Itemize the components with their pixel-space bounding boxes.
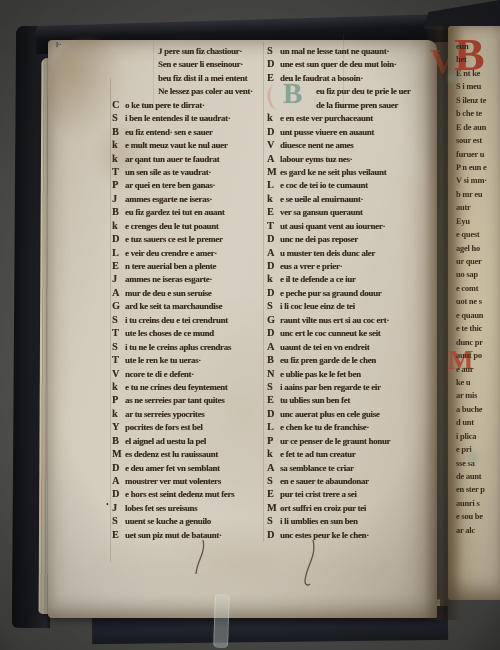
text-line: Graunt vilte nus ert si au coc ert· xyxy=(267,314,410,327)
verse-text: e se ueile al enuirnaunt· xyxy=(280,194,363,204)
verse-initial: M xyxy=(112,448,125,461)
verse-initial: M xyxy=(267,502,280,515)
facing-fragment-line: ur quer xyxy=(456,255,500,268)
verse-initial: S xyxy=(267,381,280,394)
verse-text: ncore te di e defent· xyxy=(125,369,194,379)
facing-fragment-line: aunt po xyxy=(456,349,500,362)
text-line: Dunc estes peur ke le chen· xyxy=(267,529,410,542)
decorated-initial-green-b: B xyxy=(283,79,302,109)
verse-text: i tu ne le creins aplus crendras xyxy=(125,342,231,352)
verse-text: ar tu serreies ypocrites xyxy=(125,409,204,419)
verse-text: ver sa gansun queraunt xyxy=(280,207,363,217)
text-line: Ypocrites de fors est bel xyxy=(112,421,253,434)
text-line: Si ben le entendes il te uaudrat· xyxy=(112,112,253,125)
verse-text: u muster ten deis dunc aler xyxy=(280,248,375,258)
verse-text: e en este ver purchaceaunt xyxy=(280,113,373,123)
verse-text: e hors est seint dedenz mut fers xyxy=(125,489,234,499)
verse-text: Ne lessez pas coler au vent· xyxy=(158,86,253,96)
verse-initial: E xyxy=(267,206,280,219)
verse-text: n tere auerial ben a plente xyxy=(125,261,216,271)
verse-initial: L xyxy=(112,247,125,260)
text-line: Amur de deu e sun seruise xyxy=(112,287,253,300)
text-line: Dune est sun quer de deu mut loin· xyxy=(267,58,410,71)
verse-text: ar quei en tere ben ganas· xyxy=(125,180,215,190)
verse-text: i li umblies en sun ben xyxy=(280,516,358,526)
text-line: De tuz sauers ce est le premer xyxy=(112,233,253,246)
verse-initial: E xyxy=(112,529,125,542)
text-line: Si li umblies en sun ben xyxy=(267,515,410,528)
verse-text: o ke tun pere te dirrat· xyxy=(125,100,205,110)
verse-initial: B xyxy=(112,126,125,139)
verse-text: un mal ne lesse tant ne quaunt· xyxy=(280,46,389,56)
verse-initial: S xyxy=(112,341,125,354)
verse-initial: k xyxy=(267,112,280,125)
verse-text: moustrer ver mut volenters xyxy=(125,476,221,486)
header-line: Sen e sauer li enseinour· xyxy=(112,58,253,71)
verse-initial: L xyxy=(267,179,280,192)
verse-initial: E xyxy=(112,260,125,273)
text-line: Le coc de tei io te cumaunt xyxy=(267,179,410,192)
text-line: ke mult meuz vaut ke nul auer xyxy=(112,139,253,152)
manuscript-photo: J pere sun fiz chastiour·Sen e sauer li … xyxy=(0,0,500,650)
facing-fragment-line: e sou be xyxy=(456,510,500,523)
verse-text: pur tei crist trere a sei xyxy=(280,489,357,499)
verse-initial: J xyxy=(112,273,125,286)
facing-fragment-line: eun xyxy=(456,40,500,53)
text-line: Pur ce penser de le graunt honur xyxy=(267,435,410,448)
verse-text: ammes esgarte ne iseras· xyxy=(125,194,212,204)
verse-initial: T xyxy=(112,327,125,340)
text-line: ke en este ver purchaceaunt xyxy=(267,112,410,125)
text-line: Tute les choses de ce mund xyxy=(112,327,253,340)
verse-initial: T xyxy=(112,166,125,179)
verse-initial: G xyxy=(267,314,280,327)
verse-initial: D xyxy=(267,529,280,542)
text-line: Euet sun piz mut de bataunt· xyxy=(112,529,253,542)
verse-text: labour eyms tuz nes· xyxy=(280,154,352,164)
facing-fragment-line: a buche xyxy=(456,403,500,416)
verse-text: e coc de tei io te cumaunt xyxy=(280,180,368,190)
text-line: kar tu serreies ypocrites xyxy=(112,408,253,421)
verse-text: ard ke seit ta marchaundise xyxy=(125,301,222,311)
verse-initial: D xyxy=(112,488,125,501)
verse-initial: S xyxy=(267,515,280,528)
facing-fragment-line: sour est xyxy=(456,134,500,147)
text-line: Jammes ne iseras esgarte· xyxy=(112,273,253,286)
text-line: ke fet te ad tun creatur xyxy=(267,448,410,461)
text-line: Gard ke seit ta marchaundise xyxy=(112,300,253,313)
text-line: Vncore te di e defent· xyxy=(112,368,253,381)
verse-initial: k xyxy=(267,273,280,286)
verse-initial: A xyxy=(267,153,280,166)
text-line: Auaunt de tei en vn endreit xyxy=(267,341,410,354)
verse-text: pocrites de fors est bel xyxy=(125,422,203,432)
verse-text: unc estes peur ke le chen· xyxy=(280,530,369,540)
verse-text: eus a vrer e prier· xyxy=(280,261,342,271)
facing-fragment-line: e aur xyxy=(456,363,500,376)
facing-fragment-line: V si mm· xyxy=(456,174,500,187)
text-line: Mes dedenz est lu rauissaunt xyxy=(112,448,253,461)
verse-text: en e sauer te abaundonar xyxy=(280,476,369,486)
facing-fragment-line: S i meu xyxy=(456,80,500,93)
verse-text: e deu amer fet vn semblant xyxy=(125,463,220,473)
verse-initial: k xyxy=(112,381,125,394)
facing-fragment-line: dunc pr xyxy=(456,336,500,349)
text-line: kar qant tun auer te faudrat xyxy=(112,153,253,166)
verse-initial: P xyxy=(112,394,125,407)
text-line: Sun mal ne lesse tant ne quaunt· xyxy=(267,45,410,58)
verse-initial: A xyxy=(267,247,280,260)
facing-fragment-line: b che te xyxy=(456,107,500,120)
verse-text: beu fiz dist il a mei entent xyxy=(158,73,247,83)
header-line: J pere sun fiz chastiour· xyxy=(112,45,253,58)
facing-fragment-line: e quest xyxy=(456,228,500,241)
verse-initial: P xyxy=(112,179,125,192)
verse-text: unt pusse viuere en auaunt xyxy=(280,127,374,137)
facing-fragment-line: de aunt xyxy=(456,470,500,483)
verse-initial: B xyxy=(112,435,125,448)
verse-initial: D xyxy=(267,408,280,421)
verse-text: tu ublies sun ben fet xyxy=(280,395,350,405)
verse-text: e peche pur sa graund douur xyxy=(280,288,381,298)
verse-text: mur de deu e sun seruise xyxy=(125,288,211,298)
verse-initial: S xyxy=(112,515,125,528)
text-line: Co ke tun pere te dirrat· xyxy=(112,99,253,112)
text-line: Sen e sauer te abaundonar xyxy=(267,475,410,488)
verse-initial: A xyxy=(112,287,125,300)
text-line: ke se ueile al enuirnaunt· xyxy=(267,193,410,206)
text-line: Si tu ne le creins aplus crendras xyxy=(112,341,253,354)
verse-text: Sen e sauer li enseinour· xyxy=(158,59,243,69)
text-line: Tute le ren ke tu ueras· xyxy=(112,354,253,367)
transparent-page-clip xyxy=(213,594,230,648)
verse-text: ut ausi quant vent au iourner· xyxy=(280,221,385,231)
verse-text: ammes ne iseras esgarte· xyxy=(125,274,212,284)
text-line: Le chen ke tu de franchise· xyxy=(267,421,410,434)
right-column: Sun mal ne lesse tant ne quaunt·Dune est… xyxy=(267,45,410,542)
verse-initial: N xyxy=(267,368,280,381)
verse-initial: V xyxy=(112,368,125,381)
text-line: Alabour eyms tuz nes· xyxy=(267,153,410,166)
verse-initial: A xyxy=(112,475,125,488)
verse-initial: D xyxy=(267,327,280,340)
verse-initial: L xyxy=(267,421,280,434)
verse-text: ur ce penser de le graunt honur xyxy=(280,436,390,446)
verse-text: es gard ke ne seit plus veilaunt xyxy=(280,167,386,177)
verse-text: eu fiz pur deu te prie le uer xyxy=(316,86,410,96)
text-line: Dunt pusse viuere en auaunt xyxy=(267,126,410,139)
text-line: Asa semblance te criar xyxy=(267,462,410,475)
verse-text: es dedenz est lu rauissaunt xyxy=(125,449,218,459)
text-line: Tun sen sile as te vaudrat· xyxy=(112,166,253,179)
verse-initial: k xyxy=(112,408,125,421)
verse-initial: B xyxy=(112,206,125,219)
text-line: ke crenges deu le tut poaunt xyxy=(112,220,253,233)
verse-initial: k xyxy=(112,139,125,152)
header-line: beu fiz dist il a mei entent xyxy=(112,72,253,85)
verse-initial: P xyxy=(267,435,280,448)
verse-text: ute les choses de ce mund xyxy=(125,328,214,338)
verse-initial: D xyxy=(267,287,280,300)
text-line: Par quei en tere ben ganas· xyxy=(112,179,253,192)
verse-text: e il te defende a ce iur xyxy=(280,274,356,284)
verse-text: e mult meuz vaut ke nul auer xyxy=(125,140,227,150)
verse-text: unc ert le coc cunneut ke seit xyxy=(280,328,381,338)
verse-text: eu fiz gardez tei tut en auant xyxy=(125,207,225,217)
text-line: De deu amer fet vn semblant xyxy=(112,462,253,475)
verse-text: e tu ne crines deu feyntement xyxy=(125,382,227,392)
verse-text: raunt vilte nus ert si au coc ert· xyxy=(280,315,389,325)
text-line: Le veir deu crendre e amer· xyxy=(112,247,253,260)
quire-mark: ŀ· xyxy=(56,40,61,49)
verse-initial: B xyxy=(267,354,280,367)
facing-fragment-line: S ilenz te xyxy=(456,94,500,107)
verse-text: diuesce nent ne ames xyxy=(280,140,353,150)
verse-initial: C xyxy=(112,99,125,112)
verse-text: e tuz sauers ce est le premer xyxy=(125,234,223,244)
facing-fragment-line: e comt xyxy=(456,282,500,295)
verse-text: i li coc leue einz de tei xyxy=(280,301,355,311)
verse-text: lobes fet ses ureisuns xyxy=(125,503,197,513)
facing-fragment-line: uo sap xyxy=(456,268,500,281)
facing-fragment-line: ke u xyxy=(456,376,500,389)
verse-initial: S xyxy=(112,314,125,327)
text-line: Dunc ert le coc cunneut ke seit xyxy=(267,327,410,340)
text-line: Amoustrer ver mut volenters xyxy=(112,475,253,488)
text-line: Ever sa gansun queraunt xyxy=(267,206,410,219)
verse-text: as ne serreies par tant quites xyxy=(125,395,224,405)
verse-initial: k xyxy=(112,153,125,166)
facing-fragment-line: en ster p xyxy=(456,483,500,496)
text-line: Deus a vrer e prier· xyxy=(267,260,410,273)
facing-fragment-line: Eyu xyxy=(456,215,500,228)
verse-initial: J xyxy=(112,193,125,206)
verse-initial: S xyxy=(267,300,280,313)
verse-text: ort suffri en croiz pur tei xyxy=(280,503,366,513)
facing-fragment-line: ar mis xyxy=(456,389,500,402)
text-line: Au muster ten deis dunc aler xyxy=(267,247,410,260)
verse-text: unc auerat plus en cele guise xyxy=(280,409,380,419)
facing-fragment-line: aunri s xyxy=(456,497,500,510)
verse-text: un sen sile as te vaudrat· xyxy=(125,167,211,177)
verse-text: de la fiurme pren sauer xyxy=(316,100,398,110)
verse-text: e fet te ad tun creatur xyxy=(280,449,355,459)
facing-fragment-line: uot ne s xyxy=(456,295,500,308)
verse-text: i aains par ben regarde te eir xyxy=(280,382,381,392)
facing-fragment-line: e te thic xyxy=(456,322,500,335)
text-line: Epur tei crist trere a sei xyxy=(267,488,410,501)
teal-pigment-smudge xyxy=(464,446,481,468)
verse-initial: Y xyxy=(112,421,125,434)
text-line: Vdiuesce nent ne ames xyxy=(267,139,410,152)
text-line: Beu fiz pren garde de le chen xyxy=(267,354,410,367)
verse-initial: D xyxy=(267,126,280,139)
verse-text: une est sun quer de deu mut loin· xyxy=(280,59,396,69)
verse-text: ar qant tun auer te faudrat xyxy=(125,154,219,164)
verse-initial: A xyxy=(267,462,280,475)
facing-page-edge: B M eunhetE nt keS i meuS ilenz teb che … xyxy=(448,26,500,600)
verse-initial: D xyxy=(112,462,125,475)
verse-initial: D xyxy=(267,233,280,246)
verse-initial: T xyxy=(267,220,280,233)
verse-initial: D xyxy=(112,233,125,246)
text-line: Beu fiz entend· sen e sauer xyxy=(112,126,253,139)
verse-initial: E xyxy=(267,488,280,501)
left-column: J pere sun fiz chastiour·Sen e sauer li … xyxy=(112,45,253,542)
text-line: Pas ne serreies par tant quites xyxy=(112,394,253,407)
facing-fragment-line: E de aun xyxy=(456,121,500,134)
text-line: Mes gard ke ne seit plus veilaunt xyxy=(267,166,410,179)
verse-text: unc ne dei pas reposer xyxy=(280,234,358,244)
paragraph-dot: • xyxy=(106,500,109,509)
facing-fragment-line: agel ho xyxy=(456,242,500,255)
text-line: Suuent se kuche a genuilo xyxy=(112,515,253,528)
verse-text: J pere sun fiz chastiour· xyxy=(158,46,242,56)
facing-fragment-line: e quaun xyxy=(456,309,500,322)
verse-initial: k xyxy=(267,448,280,461)
verse-text: sa semblance te criar xyxy=(280,463,354,473)
text-line: Dunc ne dei pas reposer xyxy=(267,233,410,246)
facing-fragment-line: furuer u xyxy=(456,148,500,161)
verse-initial: D xyxy=(267,260,280,273)
verse-text: uaunt de tei en vn endreit xyxy=(280,342,369,352)
verse-text: e veir deu crendre e amer· xyxy=(125,248,217,258)
verse-initial: S xyxy=(267,475,280,488)
verse-text: eu fiz pren garde de le chen xyxy=(280,355,376,365)
text-line: Si li coc leue einz de tei xyxy=(267,300,410,313)
text-line: Dunc auerat plus en cele guise xyxy=(267,408,410,421)
facing-fragment-line: autr xyxy=(456,201,500,214)
text-line: Jlobes fet ses ureisuns xyxy=(112,502,253,515)
verse-initial: k xyxy=(112,220,125,233)
verse-initial: D xyxy=(267,58,280,71)
text-line: Jammes esgarte ne iseras· xyxy=(112,193,253,206)
text-line: Beu fiz gardez tei tut en auant xyxy=(112,206,253,219)
verse-text: i ben le entendes il te uaudrat· xyxy=(125,113,230,123)
verse-initial: J xyxy=(112,502,125,515)
verse-initial: E xyxy=(267,394,280,407)
header-line: Ne lessez pas coler au vent· xyxy=(112,85,253,98)
facing-fragment-line: d unt xyxy=(456,416,500,429)
verse-initial: V xyxy=(267,139,280,152)
verse-text: uuent se kuche a genuilo xyxy=(125,516,211,526)
verse-text: e ublie pas ke le fet ben xyxy=(280,369,361,379)
text-line: Si aains par ben regarde te eir xyxy=(267,381,410,394)
facing-fragment-line: b mr eu xyxy=(456,188,500,201)
verse-initial: A xyxy=(267,341,280,354)
verse-text: i tu creins deu e tei crendrunt xyxy=(125,315,228,325)
verse-initial: T xyxy=(112,354,125,367)
verse-text: eu fiz entend· sen e sauer xyxy=(125,127,213,137)
verse-initial: M xyxy=(267,166,280,179)
text-line: Mort suffri en croiz pur tei xyxy=(267,502,410,515)
text-line: En tere auerial ben a plente xyxy=(112,260,253,273)
facing-fragment-line: het xyxy=(456,53,500,66)
text-line: De hors est seint dedenz mut fers xyxy=(112,488,253,501)
facing-fragment-line: i plica xyxy=(456,430,500,443)
teal-pigment-smudge xyxy=(446,70,457,86)
verse-text: e crenges deu le tut poaunt xyxy=(125,221,219,231)
verse-text: e chen ke tu de franchise· xyxy=(280,422,369,432)
verse-text: uet sun piz mut de bataunt· xyxy=(125,530,222,540)
text-line: Ne ublie pas ke le fet ben xyxy=(267,368,410,381)
text-line: Etu ublies sun ben fet xyxy=(267,394,410,407)
verse-initial: S xyxy=(267,45,280,58)
verse-text: ute le ren ke tu ueras· xyxy=(125,355,201,365)
verse-initial: S xyxy=(112,112,125,125)
facing-fragment-line: ar alc xyxy=(456,524,500,537)
facing-fragment-line: P n eun e xyxy=(456,161,500,174)
verse-initial: k xyxy=(267,193,280,206)
text-line: Tut ausi quant vent au iourner· xyxy=(267,220,410,233)
facing-fragment-line: E nt ke xyxy=(456,67,500,80)
text-line: De peche pur sa graund douur xyxy=(267,287,410,300)
verse-text: el aignel ad uestu la pel xyxy=(125,436,206,446)
text-line: Si tu creins deu e tei crendrunt xyxy=(112,314,253,327)
text-line: ke tu ne crines deu feyntement xyxy=(112,381,253,394)
text-line: ke il te defende a ce iur xyxy=(267,273,410,286)
verse-initial: G xyxy=(112,300,125,313)
text-line: Bel aignel ad uestu la pel xyxy=(112,435,253,448)
